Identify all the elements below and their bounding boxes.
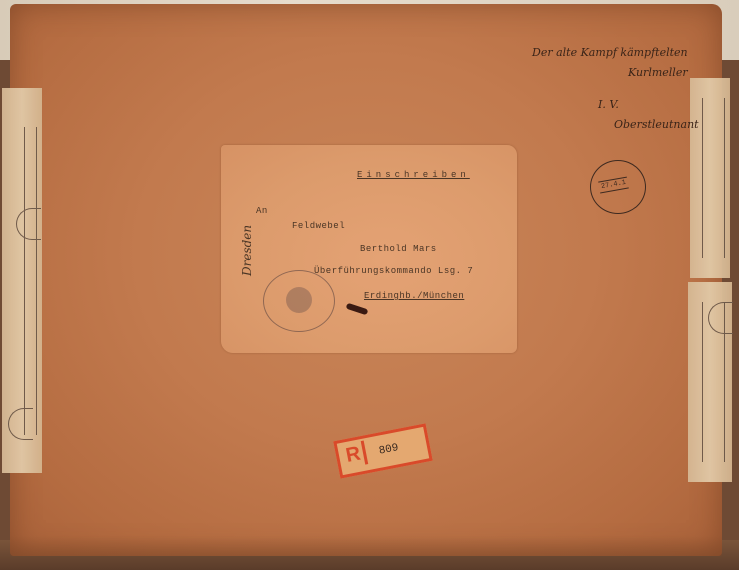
registered-r-icon: R: [341, 441, 368, 469]
eagle-icon: [286, 287, 312, 313]
tape-strip-right-top: [690, 78, 730, 278]
registration-number: 809: [378, 442, 400, 458]
label-rank: Feldwebel: [292, 221, 345, 231]
handwriting-line-1: Der alte Kampf kämpftelten: [532, 46, 688, 59]
handwriting-line-2: Kurlmeller: [628, 66, 688, 79]
postmark-stamp: 27.4.1: [590, 160, 646, 214]
handwritten-sender: Dresden: [240, 225, 254, 276]
tape-strip-right-bottom: [688, 282, 732, 482]
label-name: Berthold Mars: [360, 244, 437, 254]
postmark-date: 27.4.1: [598, 177, 629, 194]
handwriting-line-4: Oberstleutnant: [614, 118, 699, 131]
label-location: Erdinghb./München: [364, 291, 464, 301]
label-salutation: An: [256, 206, 268, 216]
tape-strip-left: [2, 88, 42, 473]
label-header: Einschreiben: [357, 170, 470, 180]
handwriting-line-3: I. V.: [598, 98, 619, 111]
label-unit: Überführungskommando Lsg. 7: [314, 266, 473, 276]
eagle-seal-stamp: [263, 270, 335, 332]
